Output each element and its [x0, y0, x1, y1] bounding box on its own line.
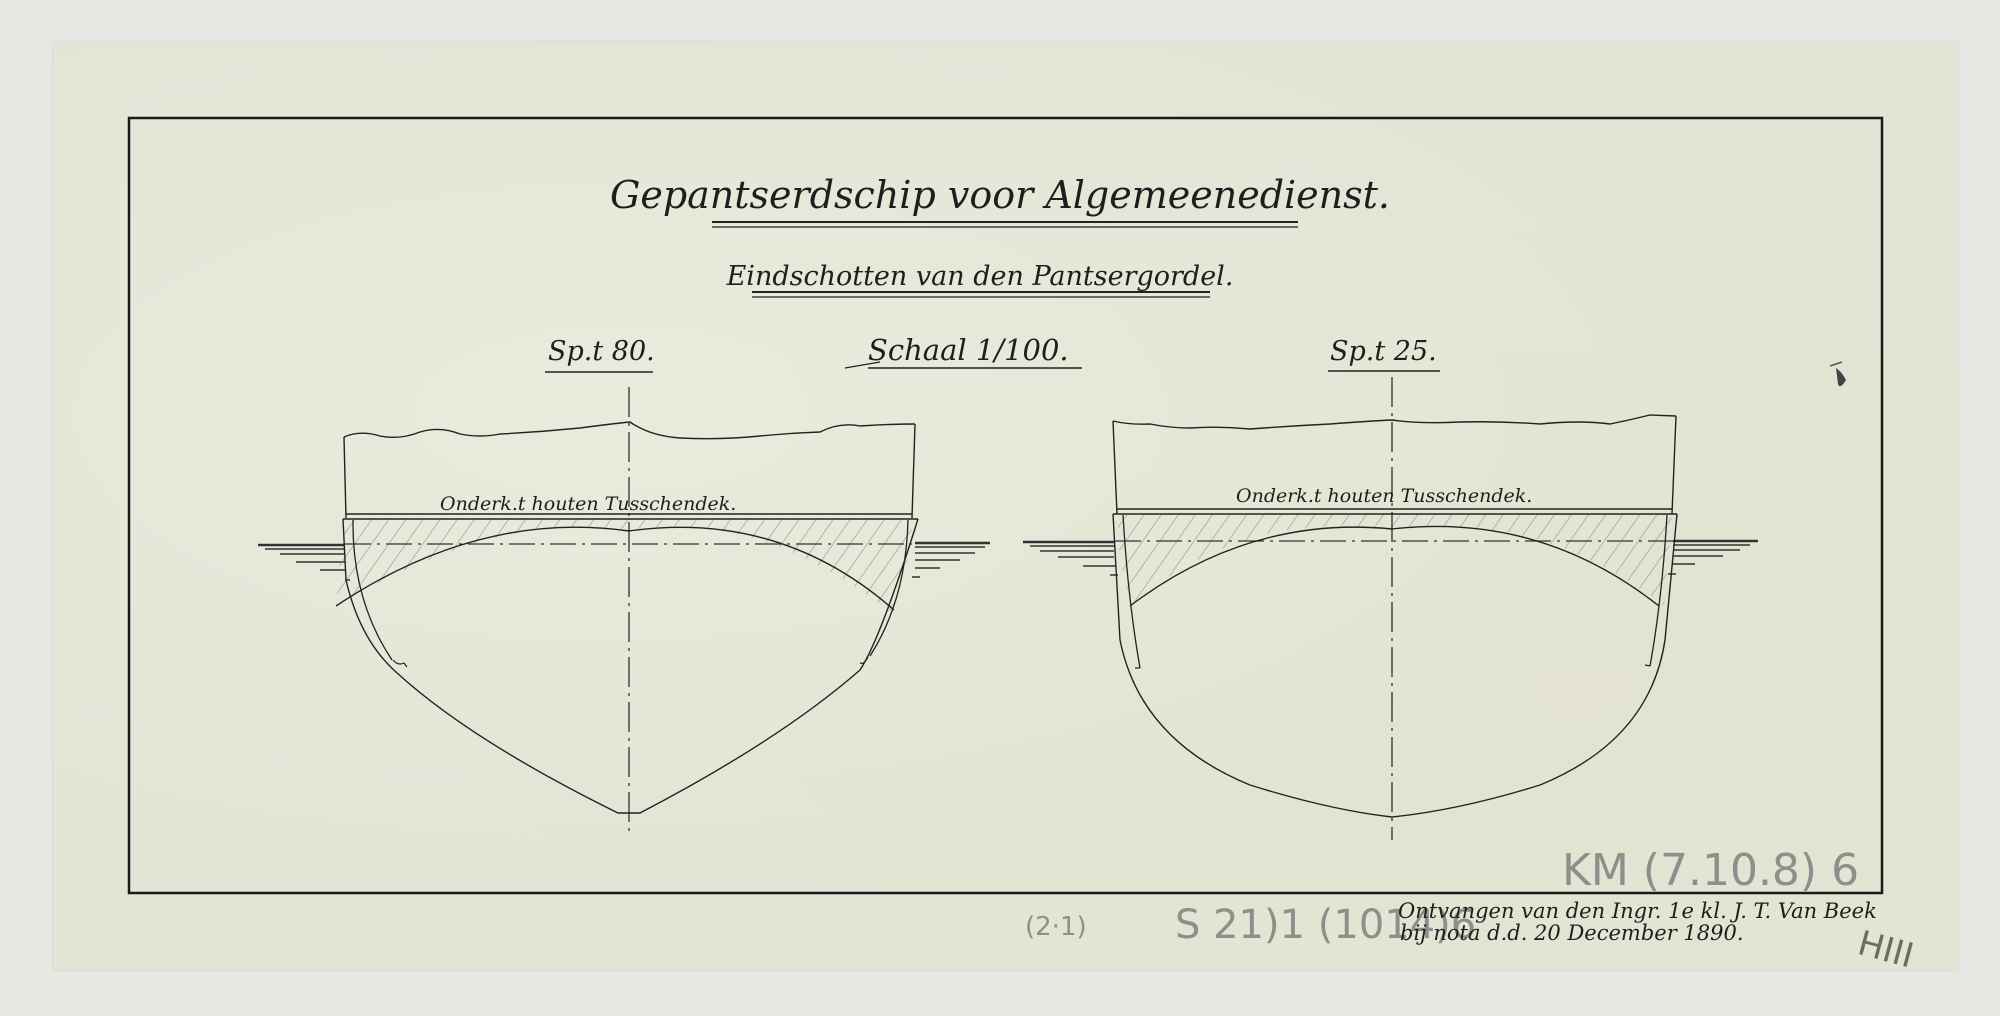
corner-mark: HIII: [1854, 923, 1918, 976]
receipt-line-1: Ontvangen van den Ingr. 1e kl. J. T. Van…: [1398, 899, 1877, 923]
drawing-border: [129, 118, 1882, 893]
section-label-right: Sp.t 25.: [1330, 336, 1437, 367]
drawing-subtitle: Eindschotten van den Pantsergordel.: [726, 261, 1234, 292]
ink-blot: [1836, 368, 1846, 386]
drawing-title: Gepantserdschip voor Algemeenedienst.: [610, 173, 1390, 217]
archive-reference: KM (7.10.8) 6: [1562, 845, 1859, 896]
section-label-left: Sp.t 80.: [548, 336, 655, 367]
scale-label: Schaal 1/100.: [868, 333, 1069, 367]
pencil-reference-1: (2·1): [1025, 912, 1087, 942]
deck-label-left: Onderk.t houten Tusschendek.: [440, 493, 736, 515]
section-drawing-left: Onderk.t houten Tusschendek.: [258, 387, 990, 832]
section-drawing-right: Onderk.t houten Tusschendek.: [1023, 377, 1758, 840]
technical-drawing: Gepantserdschip voor Algemeenedienst. Ei…: [0, 0, 2000, 1016]
deck-label-right: Onderk.t houten Tusschendek.: [1236, 485, 1532, 507]
receipt-line-2: bij nota d.d. 20 December 1890.: [1400, 921, 1744, 945]
